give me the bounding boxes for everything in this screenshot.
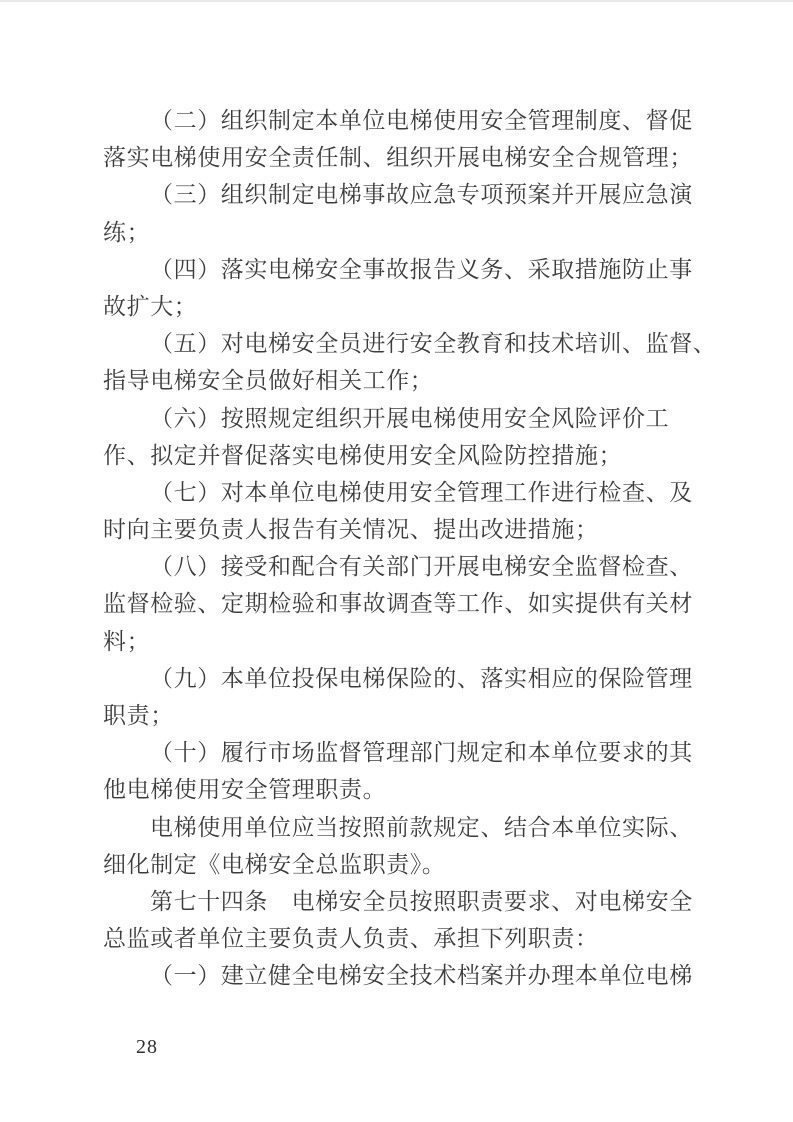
item-10-line-1: （十）履行市场监督管理部门规定和本单位要求的其 [103,734,707,771]
item-3-line-1: （三）组织制定电梯事故应急专项预案并开展应急演 [103,176,707,213]
item-6-line-2: 作、拟定并督促落实电梯使用安全风险防控措施； [103,437,707,474]
item-7-line-1: （七）对本单位电梯使用安全管理工作进行检查、及 [103,474,707,511]
item-5-line-2: 指导电梯安全员做好相关工作； [103,362,707,399]
item-9-line-2: 职责； [103,697,707,734]
item-8-line-1: （八）接受和配合有关部门开展电梯安全监督检查、 [103,548,707,585]
item-4-line-2: 故扩大； [103,288,707,325]
article-74-heading-line-1: 第七十四条 电梯安全员按照职责要求、对电梯安全 [103,883,707,920]
item-3-line-2: 练； [103,214,707,251]
item-5-line-1: （五）对电梯安全员进行安全教育和技术培训、监督、 [103,325,707,362]
item-2-line-1: （二）组织制定本单位电梯使用安全管理制度、督促 [103,102,707,139]
item-6-line-1: （六）按照规定组织开展电梯使用安全风险评价工 [103,400,707,437]
item-8-line-2: 监督检验、定期检验和事故调查等工作、如实提供有关材 [103,585,707,622]
article-74-heading-line-2: 总监或者单位主要负责人负责、承担下列职责： [103,920,707,957]
item-2-line-2: 落实电梯使用安全责任制、组织开展电梯安全合规管理； [103,139,707,176]
scan-edge-artifact [0,0,793,2]
article-74-item-1-line-1: （一）建立健全电梯安全技术档案并办理本单位电梯 [103,957,707,994]
text-block: （二）组织制定本单位电梯使用安全管理制度、督促落实电梯使用安全责任制、组织开展电… [103,102,707,995]
item-8-line-3: 料； [103,623,707,660]
item-4-line-1: （四）落实电梯安全事故报告义务、采取措施防止事 [103,251,707,288]
closing-paragraph-line-1: 电梯使用单位应当按照前款规定、结合本单位实际、 [103,809,707,846]
closing-paragraph-line-2: 细化制定《电梯安全总监职责》。 [103,846,707,883]
item-10-line-2: 他电梯使用安全管理职责。 [103,771,707,808]
document-page: （二）组织制定本单位电梯使用安全管理制度、督促落实电梯使用安全责任制、组织开展电… [0,0,793,1122]
page-number: 28 [136,1036,158,1059]
item-9-line-1: （九）本单位投保电梯保险的、落实相应的保险管理 [103,660,707,697]
item-7-line-2: 时向主要负责人报告有关情况、提出改进措施； [103,511,707,548]
